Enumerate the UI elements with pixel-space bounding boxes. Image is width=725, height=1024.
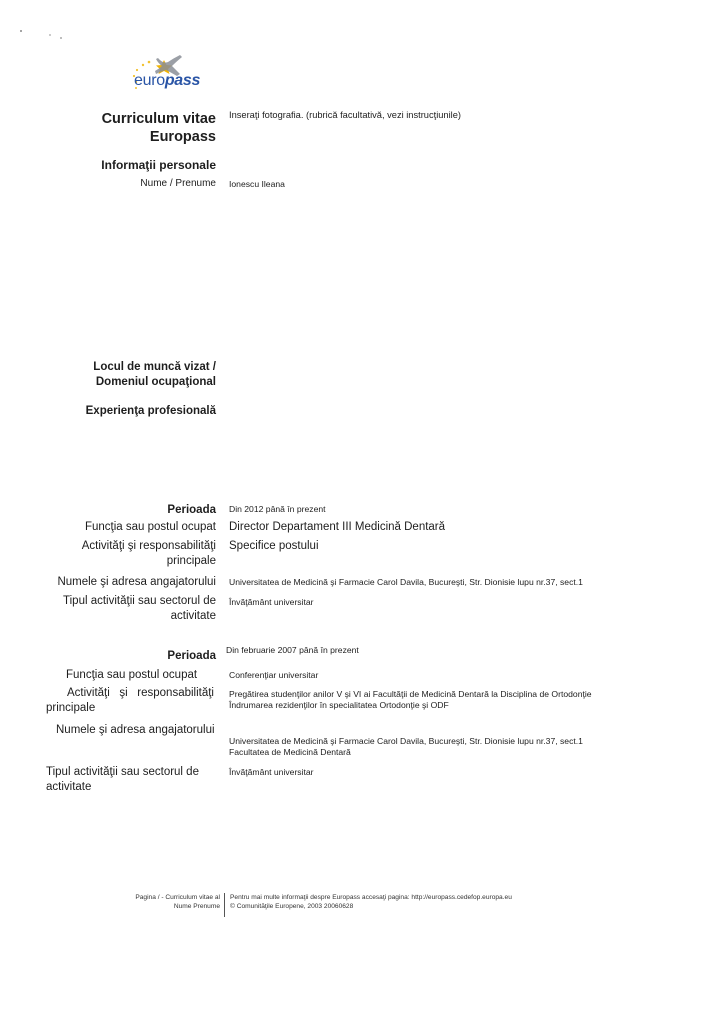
footer-left-line2: Nume Prenume	[135, 902, 220, 911]
scan-speck	[60, 37, 62, 39]
sector-label-line1: Tipul activităţii sau sectorul de	[63, 594, 216, 609]
footer-right-line2: © Comunităţile Europene, 2003 20060628	[230, 902, 512, 911]
europass-logo: europass	[130, 52, 214, 96]
position-label: Funcţia sau postul ocupat	[85, 520, 216, 535]
footer-divider	[224, 893, 225, 917]
activities-value-line2: Îndrumarea rezidenţilor în specialitatea…	[229, 700, 592, 711]
europass-wordmark: europass	[134, 72, 200, 90]
sector-label-line2: activitate	[46, 780, 199, 795]
cv-title-line1: Curriculum vitae	[102, 110, 216, 128]
target-job-label-line1: Locul de muncă vizat /	[93, 360, 216, 375]
sector-label: Tipul activităţii sau sectorul de activi…	[46, 765, 199, 795]
activities-label: Activităţi şi responsabilităţi principal…	[46, 686, 214, 716]
scan-speck	[49, 34, 51, 36]
section-personal-info: Informaţii personale	[101, 157, 216, 173]
activities-label: Activităţi şi responsabilităţi principal…	[82, 539, 216, 569]
sector-label-line2: activitate	[63, 609, 216, 624]
activities-label-line2: principale	[46, 701, 214, 716]
period-label: Perioada	[167, 502, 216, 518]
section-work-experience: Experienţa profesională	[86, 403, 216, 419]
scan-speck	[20, 30, 22, 32]
employer-label: Numele şi adresa angajatorului	[57, 575, 216, 590]
footer-left-line1: Pagina / - Curriculum vitae al	[135, 893, 220, 902]
sector-label-line1: Tipul activităţii sau sectorul de	[46, 765, 199, 780]
activities-value: Specifice postului	[229, 539, 319, 554]
employer-value: Universitatea de Medicină şi Farmacie Ca…	[229, 577, 583, 588]
cv-title: Curriculum vitae Europass	[102, 110, 216, 146]
employer-label: Numele şi adresa angajatorului	[56, 723, 215, 738]
employer-value-line1: Universitatea de Medicină şi Farmacie Ca…	[229, 736, 583, 747]
footer-page-info: Pagina / - Curriculum vitae al Nume Pren…	[135, 893, 220, 911]
sector-value: Învăţământ universitar	[229, 767, 314, 778]
target-job-label-line2: Domeniul ocupaţional	[93, 375, 216, 390]
period-label: Perioada	[167, 648, 216, 664]
sector-label: Tipul activităţii sau sectorul de activi…	[63, 594, 216, 624]
sector-value: Învăţământ universitar	[229, 597, 314, 608]
activities-value: Pregătirea studenţilor anilor V şi VI ai…	[229, 689, 592, 711]
position-value: Director Departament III Medicină Dentar…	[229, 520, 445, 535]
name-label: Nume / Prenume	[140, 177, 216, 190]
employer-value-line2: Facultatea de Medicină Dentară	[229, 747, 583, 758]
period-value: Din februarie 2007 până în prezent	[226, 645, 359, 656]
activities-label-line2: principale	[82, 554, 216, 569]
target-job-label: Locul de muncă vizat / Domeniul ocupaţio…	[93, 360, 216, 390]
footer-right-line1: Pentru mai multe informaţii despre Europ…	[230, 893, 512, 902]
name-value: Ionescu Ileana	[229, 179, 285, 190]
activities-label-line1: Activităţi şi responsabilităţi	[46, 686, 214, 701]
footer-europass-info: Pentru mai multe informaţii despre Europ…	[230, 893, 512, 911]
position-label: Funcţia sau postul ocupat	[66, 668, 197, 683]
period-value: Din 2012 până în prezent	[229, 504, 326, 515]
photo-placeholder-note: Inseraţi fotografia. (rubrică facultativ…	[229, 110, 461, 121]
employer-value: Universitatea de Medicină şi Farmacie Ca…	[229, 736, 583, 758]
cv-title-line2: Europass	[102, 128, 216, 146]
activities-label-line1: Activităţi şi responsabilităţi	[82, 539, 216, 554]
position-value: Conferenţiar universitar	[229, 670, 318, 681]
activities-value-line1: Pregătirea studenţilor anilor V şi VI ai…	[229, 689, 592, 700]
